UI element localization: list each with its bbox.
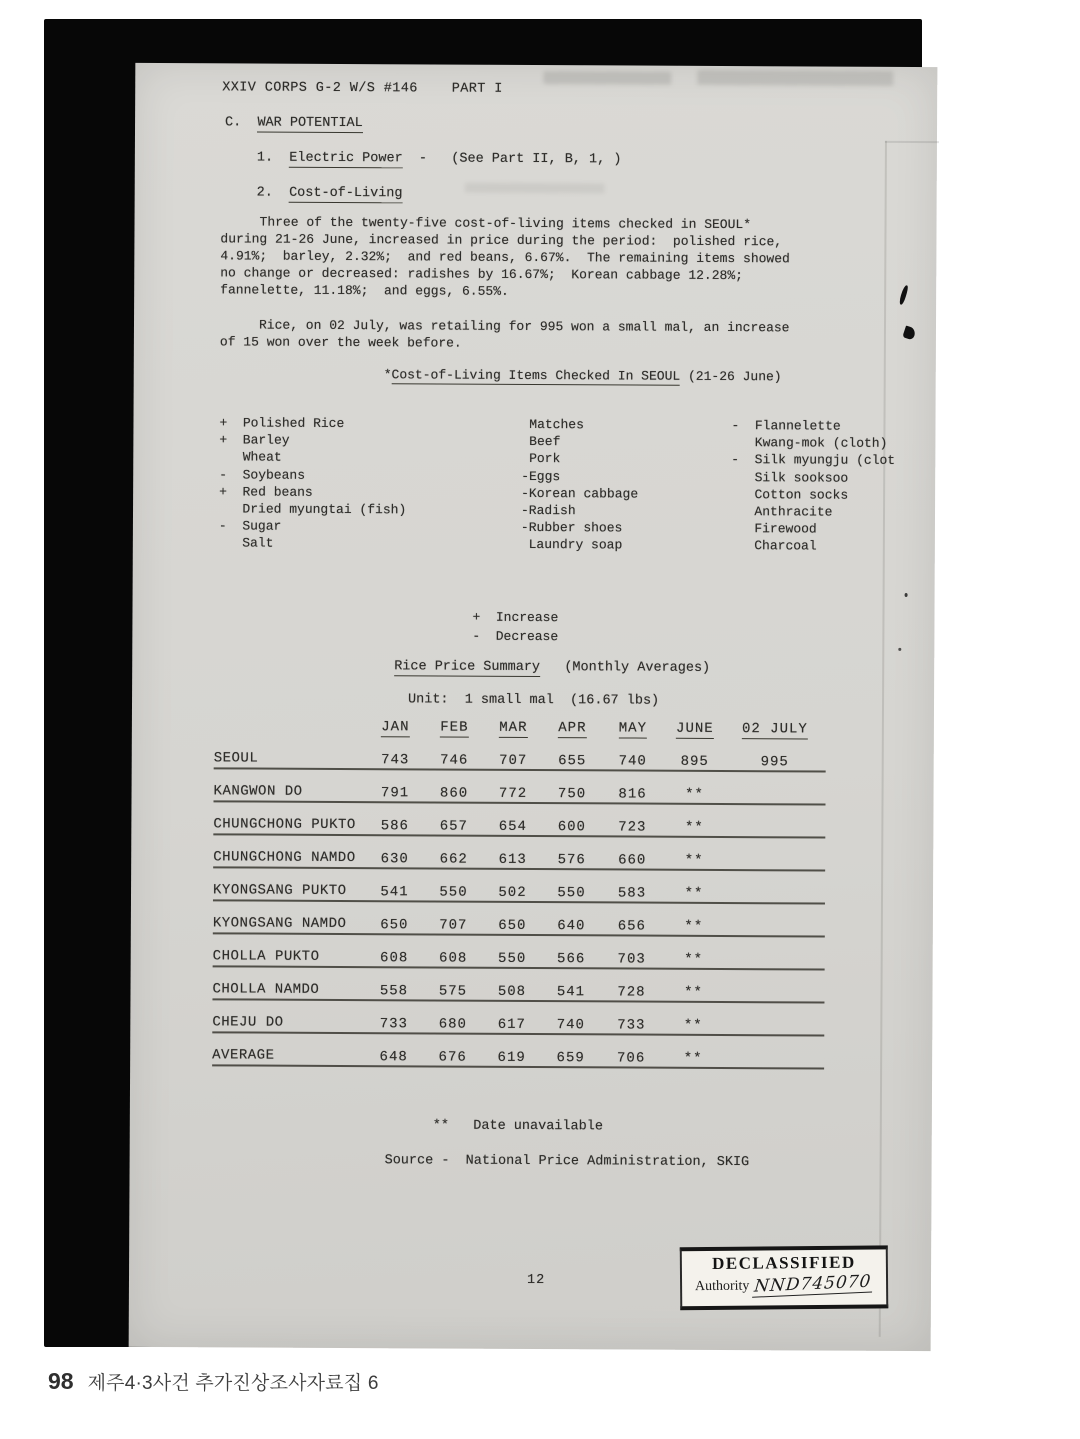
table-region-label: KYONGSANG PUKTO bbox=[213, 882, 365, 900]
table-row: CHOLLA PUKTO608608550566703** bbox=[213, 945, 825, 970]
list-item: Firewood bbox=[731, 520, 931, 538]
table-value-cell: 995 bbox=[726, 754, 824, 771]
list-item: Beef bbox=[521, 433, 731, 451]
table-value-cell: 575 bbox=[423, 983, 482, 999]
table-value-cell: 502 bbox=[483, 885, 542, 901]
table-header-row: JANFEBMARAPRMAYJUNE02 JULY bbox=[214, 718, 826, 737]
ink-mark bbox=[898, 285, 908, 306]
table-value-cell: 600 bbox=[542, 819, 601, 835]
section-title: WAR POTENTIAL bbox=[257, 116, 362, 134]
table-region-label: SEOUL bbox=[214, 750, 366, 768]
declassified-stamp-authority: Authority NND745070 bbox=[682, 1273, 886, 1296]
table-value-cell: 619 bbox=[482, 1050, 541, 1066]
subsection-number: 1. bbox=[257, 151, 273, 166]
list-item: Kwang-mok (cloth) bbox=[731, 434, 931, 452]
items-column-3: - Flannelette Kwang-mok (cloth)- Silk my… bbox=[731, 417, 932, 556]
subsection-number: 2. bbox=[257, 186, 273, 201]
table-value-cell: 648 bbox=[364, 1049, 423, 1065]
table-value-cell: 508 bbox=[482, 984, 541, 1000]
table-value-cell bbox=[725, 968, 823, 969]
legend: + Increase- Decrease bbox=[472, 608, 558, 646]
table-value-cell: 791 bbox=[366, 785, 425, 801]
list-item: Salt bbox=[219, 535, 521, 554]
list-item: Cotton socks bbox=[731, 486, 931, 504]
table-value-cell: 541 bbox=[541, 984, 600, 1000]
scan-photo-frame: XXIV CORPS G-2 W/S #146 PART I C. WAR PO… bbox=[44, 19, 922, 1347]
asterisk: * bbox=[384, 367, 392, 382]
table-row: CHUNGCHONG PUKTO586657654600723** bbox=[213, 813, 825, 838]
table-value-cell: 733 bbox=[600, 1017, 662, 1033]
table-value-cell: 816 bbox=[602, 786, 664, 802]
table-value-cell: ** bbox=[663, 952, 725, 968]
table-value-cell bbox=[724, 1067, 822, 1068]
table-region-label: KYONGSANG NAMDO bbox=[213, 915, 365, 933]
items-column-1: + Polished Rice+ Barley Wheat- Soybeans+… bbox=[219, 414, 522, 553]
items-checked-list: + Polished Rice+ Barley Wheat- Soybeans+… bbox=[219, 414, 932, 555]
table-value-cell: ** bbox=[663, 853, 725, 869]
book-footer-caption: 98 제주4·3사건 추가진상조사자료집 6 bbox=[48, 1368, 379, 1395]
table-value-cell: 707 bbox=[424, 917, 483, 933]
list-item: - Silk myungju (clot bbox=[731, 451, 931, 469]
source-line: Source - National Price Administration, … bbox=[385, 1153, 750, 1170]
items-checked-title: *Cost-of-Living Items Checked In SEOUL (… bbox=[384, 367, 782, 384]
table-value-cell: 617 bbox=[482, 1017, 541, 1033]
section-heading: C. WAR POTENTIAL bbox=[225, 115, 363, 131]
page-number: 12 bbox=[527, 1273, 545, 1288]
page-fold-line bbox=[885, 141, 939, 143]
ghost-text-smudge bbox=[543, 71, 671, 85]
table-region-label: CHEJU DO bbox=[212, 1014, 364, 1032]
unit-line: Unit: 1 small mal (16.67 lbs) bbox=[408, 692, 659, 708]
table-value-cell bbox=[725, 836, 823, 837]
table-value-cell: ** bbox=[662, 985, 724, 1001]
list-item: Matches bbox=[521, 416, 731, 434]
list-item: -Radish bbox=[521, 502, 731, 520]
table-value-cell: 541 bbox=[365, 884, 424, 900]
table-value-cell: ** bbox=[663, 919, 725, 935]
table-row: CHOLLA NAMDO558575508541728** bbox=[212, 978, 824, 1003]
ink-mark bbox=[902, 326, 916, 341]
page-fold-line bbox=[879, 141, 887, 1337]
list-item: - Flannelette bbox=[731, 417, 931, 435]
table-value-cell bbox=[724, 1001, 822, 1002]
table-value-cell: 740 bbox=[602, 753, 664, 769]
table-value-cell: 640 bbox=[542, 918, 601, 934]
table-value-cell: 662 bbox=[424, 851, 483, 867]
document-page: XXIV CORPS G-2 W/S #146 PART I C. WAR PO… bbox=[129, 63, 938, 1351]
table-region-label: CHOLLA PUKTO bbox=[213, 948, 365, 966]
subsection-electric-power: 1. Electric Power - (See Part II, B, 1, … bbox=[257, 151, 622, 168]
summary-title-sub: (Monthly Averages) bbox=[540, 660, 710, 676]
table-value-cell: 550 bbox=[424, 884, 483, 900]
list-item: + Barley bbox=[219, 432, 521, 451]
table-value-cell bbox=[725, 869, 823, 870]
table-value-cell: 654 bbox=[483, 819, 542, 835]
declassified-stamp: DECLASSIFIED Authority NND745070 bbox=[680, 1245, 889, 1310]
table-value-cell: 613 bbox=[483, 852, 542, 868]
table-value-cell: 630 bbox=[365, 851, 424, 867]
list-item: Laundry soap bbox=[521, 536, 731, 554]
section-prefix: C. bbox=[225, 115, 241, 130]
ink-speck bbox=[898, 648, 901, 651]
book-page-number: 98 bbox=[48, 1368, 74, 1395]
table-value-cell: 657 bbox=[424, 818, 483, 834]
list-item: Silk sooksoo bbox=[731, 469, 931, 487]
table-value-cell: 750 bbox=[543, 786, 602, 802]
list-item: - Sugar bbox=[219, 518, 521, 537]
table-value-cell: 895 bbox=[664, 754, 726, 770]
list-item: -Eggs bbox=[521, 468, 731, 486]
table-value-cell: 558 bbox=[364, 983, 423, 999]
declassified-stamp-title: DECLASSIFIED bbox=[682, 1252, 886, 1274]
subsection-title: Electric Power bbox=[289, 151, 403, 169]
table-value-cell: 743 bbox=[366, 752, 425, 768]
rice-price-summary-title: Rice Price Summary (Monthly Averages) bbox=[394, 659, 710, 676]
table-value-cell: ** bbox=[663, 886, 725, 902]
table-value-cell: ** bbox=[663, 820, 725, 836]
table-value-cell: 586 bbox=[365, 818, 424, 834]
table-value-cell: 659 bbox=[541, 1050, 600, 1066]
table-header-cell: APR bbox=[543, 720, 602, 736]
table-value-cell: 706 bbox=[600, 1050, 662, 1066]
table-value-cell: 656 bbox=[601, 918, 663, 934]
list-item: - Decrease bbox=[472, 627, 558, 646]
table-header-cell: JUNE bbox=[664, 721, 726, 737]
table-value-cell: 576 bbox=[542, 852, 601, 868]
ghost-text-smudge bbox=[697, 70, 893, 86]
table-value-cell: 728 bbox=[600, 984, 662, 1000]
table-header-cell: MAY bbox=[602, 720, 664, 736]
table-value-cell: 566 bbox=[542, 951, 601, 967]
table-region-label: CHUNGCHONG PUKTO bbox=[213, 816, 365, 834]
summary-title-text: Rice Price Summary bbox=[394, 659, 540, 677]
rice-price-table: JANFEBMARAPRMAYJUNE02 JULY SEOUL74374670… bbox=[212, 718, 826, 1080]
authority-number-handwritten: NND745070 bbox=[752, 1271, 874, 1297]
table-value-cell: 746 bbox=[425, 752, 484, 768]
items-column-2: Matches Beef Pork-Eggs-Korean cabbage-Ra… bbox=[521, 416, 732, 555]
list-item: + Red beans bbox=[219, 483, 521, 502]
screenshot-canvas: XXIV CORPS G-2 W/S #146 PART I C. WAR PO… bbox=[0, 0, 1080, 1439]
table-value-cell: 680 bbox=[423, 1016, 482, 1032]
table-row: AVERAGE648676619659706** bbox=[212, 1044, 824, 1069]
footnote-date-unavailable: ** Date unavailable bbox=[433, 1118, 603, 1134]
authority-label: Authority bbox=[695, 1279, 750, 1294]
table-value-cell: 550 bbox=[542, 885, 601, 901]
subsection-title: Cost-of-Living bbox=[289, 186, 403, 204]
table-value-cell: 860 bbox=[425, 785, 484, 801]
table-value-cell: ** bbox=[662, 1018, 724, 1034]
table-header-cell: MAR bbox=[484, 720, 543, 736]
list-item: + Increase bbox=[472, 608, 558, 627]
table-value-cell: 650 bbox=[365, 917, 424, 933]
table-row: CHEJU DO733680617740733** bbox=[212, 1011, 824, 1036]
table-value-cell bbox=[725, 902, 823, 903]
list-item: Charcoal bbox=[731, 537, 931, 555]
table-value-cell: 660 bbox=[601, 852, 663, 868]
table-value-cell: 583 bbox=[601, 885, 663, 901]
subsection-rest: - (See Part II, B, 1, ) bbox=[403, 151, 622, 167]
table-value-cell: 707 bbox=[484, 753, 543, 769]
table-header-cell: JAN bbox=[366, 719, 425, 735]
table-value-cell: 608 bbox=[424, 950, 483, 966]
table-value-cell: 676 bbox=[423, 1049, 482, 1065]
list-item: -Rubber shoes bbox=[521, 519, 731, 537]
paragraph-rice-price: Rice, on 02 July, was retailing for 995 … bbox=[220, 316, 790, 353]
table-row: KANGWON DO791860772750816** bbox=[213, 780, 825, 805]
document-header: XXIV CORPS G-2 W/S #146 PART I bbox=[222, 80, 503, 96]
table-region-label: AVERAGE bbox=[212, 1047, 364, 1065]
items-checked-title-dates: (21-26 June) bbox=[680, 369, 781, 385]
table-header-region-spacer bbox=[214, 734, 366, 735]
ghost-text-smudge bbox=[465, 183, 605, 194]
table-row: CHUNGCHONG NAMDO630662613576660** bbox=[213, 846, 825, 871]
list-item: -Korean cabbage bbox=[521, 485, 731, 503]
table-value-cell: 550 bbox=[483, 951, 542, 967]
table-region-label: CHOLLA NAMDO bbox=[212, 981, 364, 999]
table-value-cell: 740 bbox=[541, 1017, 600, 1033]
table-header-cell: 02 JULY bbox=[726, 721, 824, 738]
table-region-label: KANGWON DO bbox=[214, 783, 366, 801]
table-value-cell bbox=[725, 803, 823, 804]
list-item: Anthracite bbox=[731, 503, 931, 521]
table-row: KYONGSANG NAMDO650707650640656** bbox=[213, 912, 825, 937]
table-value-cell: 608 bbox=[365, 950, 424, 966]
table-value-cell bbox=[725, 935, 823, 936]
list-item: Pork bbox=[521, 450, 731, 468]
table-value-cell: 772 bbox=[484, 786, 543, 802]
table-value-cell: 733 bbox=[364, 1016, 423, 1032]
table-region-label: CHUNGCHONG NAMDO bbox=[213, 849, 365, 867]
table-row: KYONGSANG PUKTO541550502550583** bbox=[213, 879, 825, 904]
subsection-cost-of-living: 2. Cost-of-Living bbox=[257, 186, 403, 202]
book-title-korean: 제주4·3사건 추가진상조사자료집 6 bbox=[88, 1368, 379, 1395]
list-item: Dried myungtai (fish) bbox=[219, 500, 521, 519]
ink-speck bbox=[905, 593, 908, 597]
table-value-cell: 703 bbox=[601, 951, 663, 967]
paragraph-cost-of-living: Three of the twenty-five cost-of-living … bbox=[220, 213, 790, 301]
table-value-cell: 650 bbox=[483, 918, 542, 934]
table-value-cell: 723 bbox=[601, 819, 663, 835]
items-checked-title-text: Cost-of-Living Items Checked In SEOUL bbox=[392, 367, 681, 386]
table-value-cell: 655 bbox=[543, 753, 602, 769]
list-item: - Soybeans bbox=[219, 466, 521, 485]
list-item: + Polished Rice bbox=[219, 414, 521, 433]
table-value-cell bbox=[724, 1034, 822, 1035]
list-item: Wheat bbox=[219, 449, 521, 468]
table-header-cell: FEB bbox=[425, 719, 484, 735]
table-row: SEOUL743746707655740895995 bbox=[214, 747, 826, 772]
table-value-cell: ** bbox=[662, 1051, 724, 1067]
table-value-cell: ** bbox=[664, 787, 726, 803]
